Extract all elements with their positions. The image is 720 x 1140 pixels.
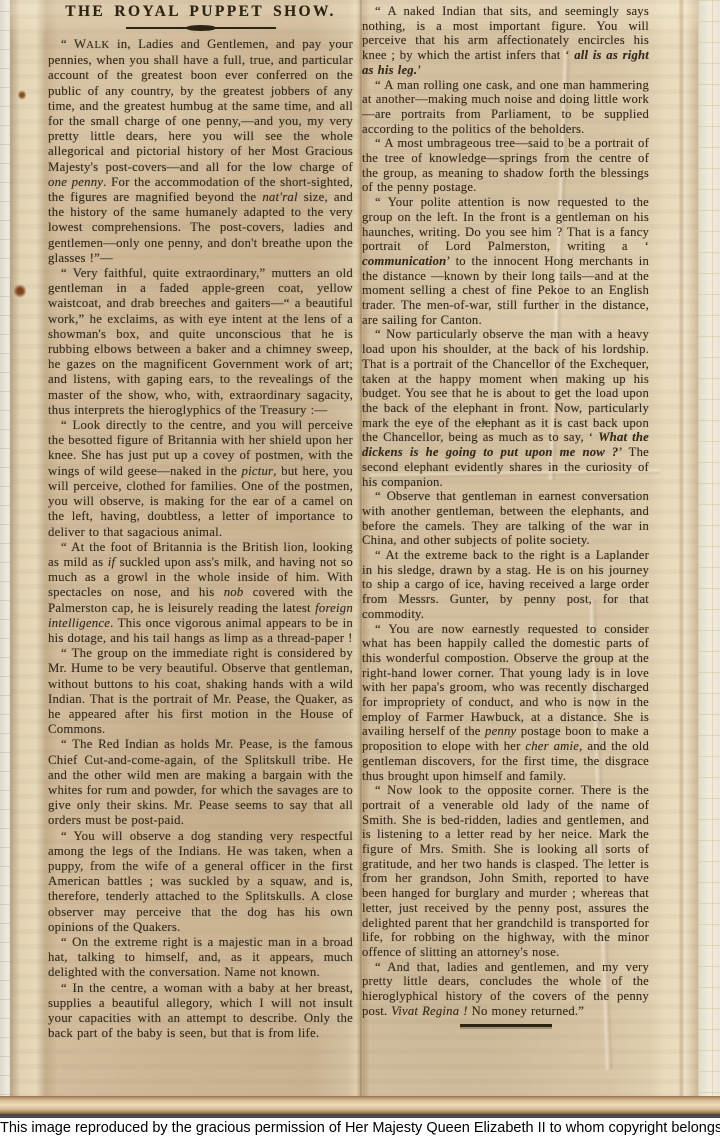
paragraph: “ On the extreme right is a majestic man…	[48, 935, 353, 981]
clipping-right-margin-fold	[678, 0, 685, 1114]
text-segment: “ On the extreme right is a majestic man…	[48, 935, 353, 979]
text-segment: “ Now look to the opposite corner. There…	[362, 783, 649, 959]
text-segment: “ You are now earnestly requested to con…	[362, 622, 649, 739]
text-segment: ALK	[86, 40, 109, 51]
paragraph: “ WALK in, Ladies and Gentlemen, and pay…	[48, 37, 353, 266]
paragraph: “ A man rolling one cask, and one man ha…	[362, 78, 649, 137]
text-segment: cher amie	[525, 739, 579, 753]
article-column-right-text: “ A naked Indian that sits, and seemingl…	[362, 4, 649, 1019]
text-segment: “ A most umbrageous tree—said to be a po…	[362, 136, 649, 194]
text-segment: “ Now particularly observe the man with …	[362, 327, 649, 444]
text-segment: No money returned.”	[468, 1004, 584, 1018]
paragraph: “ Your polite attention is now requested…	[362, 195, 649, 327]
text-segment: “ A man rolling one cask, and one man ha…	[362, 78, 649, 136]
text-segment: “ Observe that gentleman in earnest conv…	[362, 489, 649, 547]
paragraph: “ The group on the immediate right is co…	[48, 646, 353, 737]
text-segment: “ Very faithful, quite extraordinary,” m…	[48, 266, 353, 417]
paragraph: “ In the centre, a woman with a baby at …	[48, 981, 353, 1042]
text-segment: “ Your polite attention is now requested…	[362, 195, 649, 253]
paragraph: “ Look directly to the centre, and you w…	[48, 418, 353, 540]
paragraph: “ The Red Indian as holds Mr. Pease, is …	[48, 737, 353, 828]
text-segment: “ You will observe a dog standing very r…	[48, 829, 353, 934]
paragraph: “ Now particularly observe the man with …	[362, 327, 649, 489]
text-segment: “ The Red Indian as holds Mr. Pease, is …	[48, 737, 353, 827]
paper-stain	[14, 284, 26, 298]
paragraph: “ Now look to the opposite corner. There…	[362, 783, 649, 959]
text-segment: nob	[224, 585, 244, 599]
text-segment: “ At the extreme back to the right is a …	[362, 548, 649, 621]
article-column-left: THE ROYAL PUPPET SHOW. “ WALK in, Ladies…	[48, 3, 353, 1103]
paragraph: “ At the foot of Britannia is the Britis…	[48, 540, 353, 646]
text-segment: in, Ladies and Gentlemen, and pay your p…	[48, 37, 353, 174]
article-column-right: “ A naked Indian that sits, and seemingl…	[362, 4, 649, 1096]
text-segment: “ In the centre, a woman with a baby at …	[48, 981, 353, 1041]
title-divider-ornament	[126, 23, 276, 32]
text-segment: communication	[362, 254, 446, 268]
paragraph: “ A most umbrageous tree—said to be a po…	[362, 136, 649, 195]
text-segment: “ W	[61, 37, 86, 51]
paragraph: “ At the extreme back to the right is a …	[362, 548, 649, 622]
text-segment: ’	[417, 63, 421, 77]
paper-stain	[18, 90, 26, 100]
article-end-rule	[460, 1024, 552, 1027]
paragraph: “ You will observe a dog standing very r…	[48, 829, 353, 935]
document-photo: THE ROYAL PUPPET SHOW. “ WALK in, Ladies…	[0, 0, 720, 1118]
text-segment: “ The group on the immediate right is co…	[48, 646, 353, 736]
copyright-caption: This image reproduced by the gracious pe…	[0, 1118, 720, 1140]
text-segment: nat'ral	[262, 190, 297, 204]
article-title: THE ROYAL PUPPET SHOW.	[48, 3, 353, 21]
text-segment: Vivat Regina !	[391, 1004, 467, 1018]
album-page-right-edge	[698, 0, 720, 1114]
text-segment: penny	[485, 724, 516, 738]
paragraph: “ Very faithful, quite extraordinary,” m…	[48, 266, 353, 418]
paragraph: “ Observe that gentleman in earnest conv…	[362, 489, 649, 548]
paragraph: “ You are now earnestly requested to con…	[362, 622, 649, 784]
text-segment: pictur	[241, 464, 273, 478]
text-segment: one penny	[48, 175, 103, 189]
paragraph: “ And that, ladies and gentlemen, and my…	[362, 960, 649, 1019]
paragraph: “ A naked Indian that sits, and seemingl…	[362, 4, 649, 78]
article-column-left-text: “ WALK in, Ladies and Gentlemen, and pay…	[48, 37, 353, 1041]
scanned-document-page: THE ROYAL PUPPET SHOW. “ WALK in, Ladies…	[0, 0, 720, 1140]
